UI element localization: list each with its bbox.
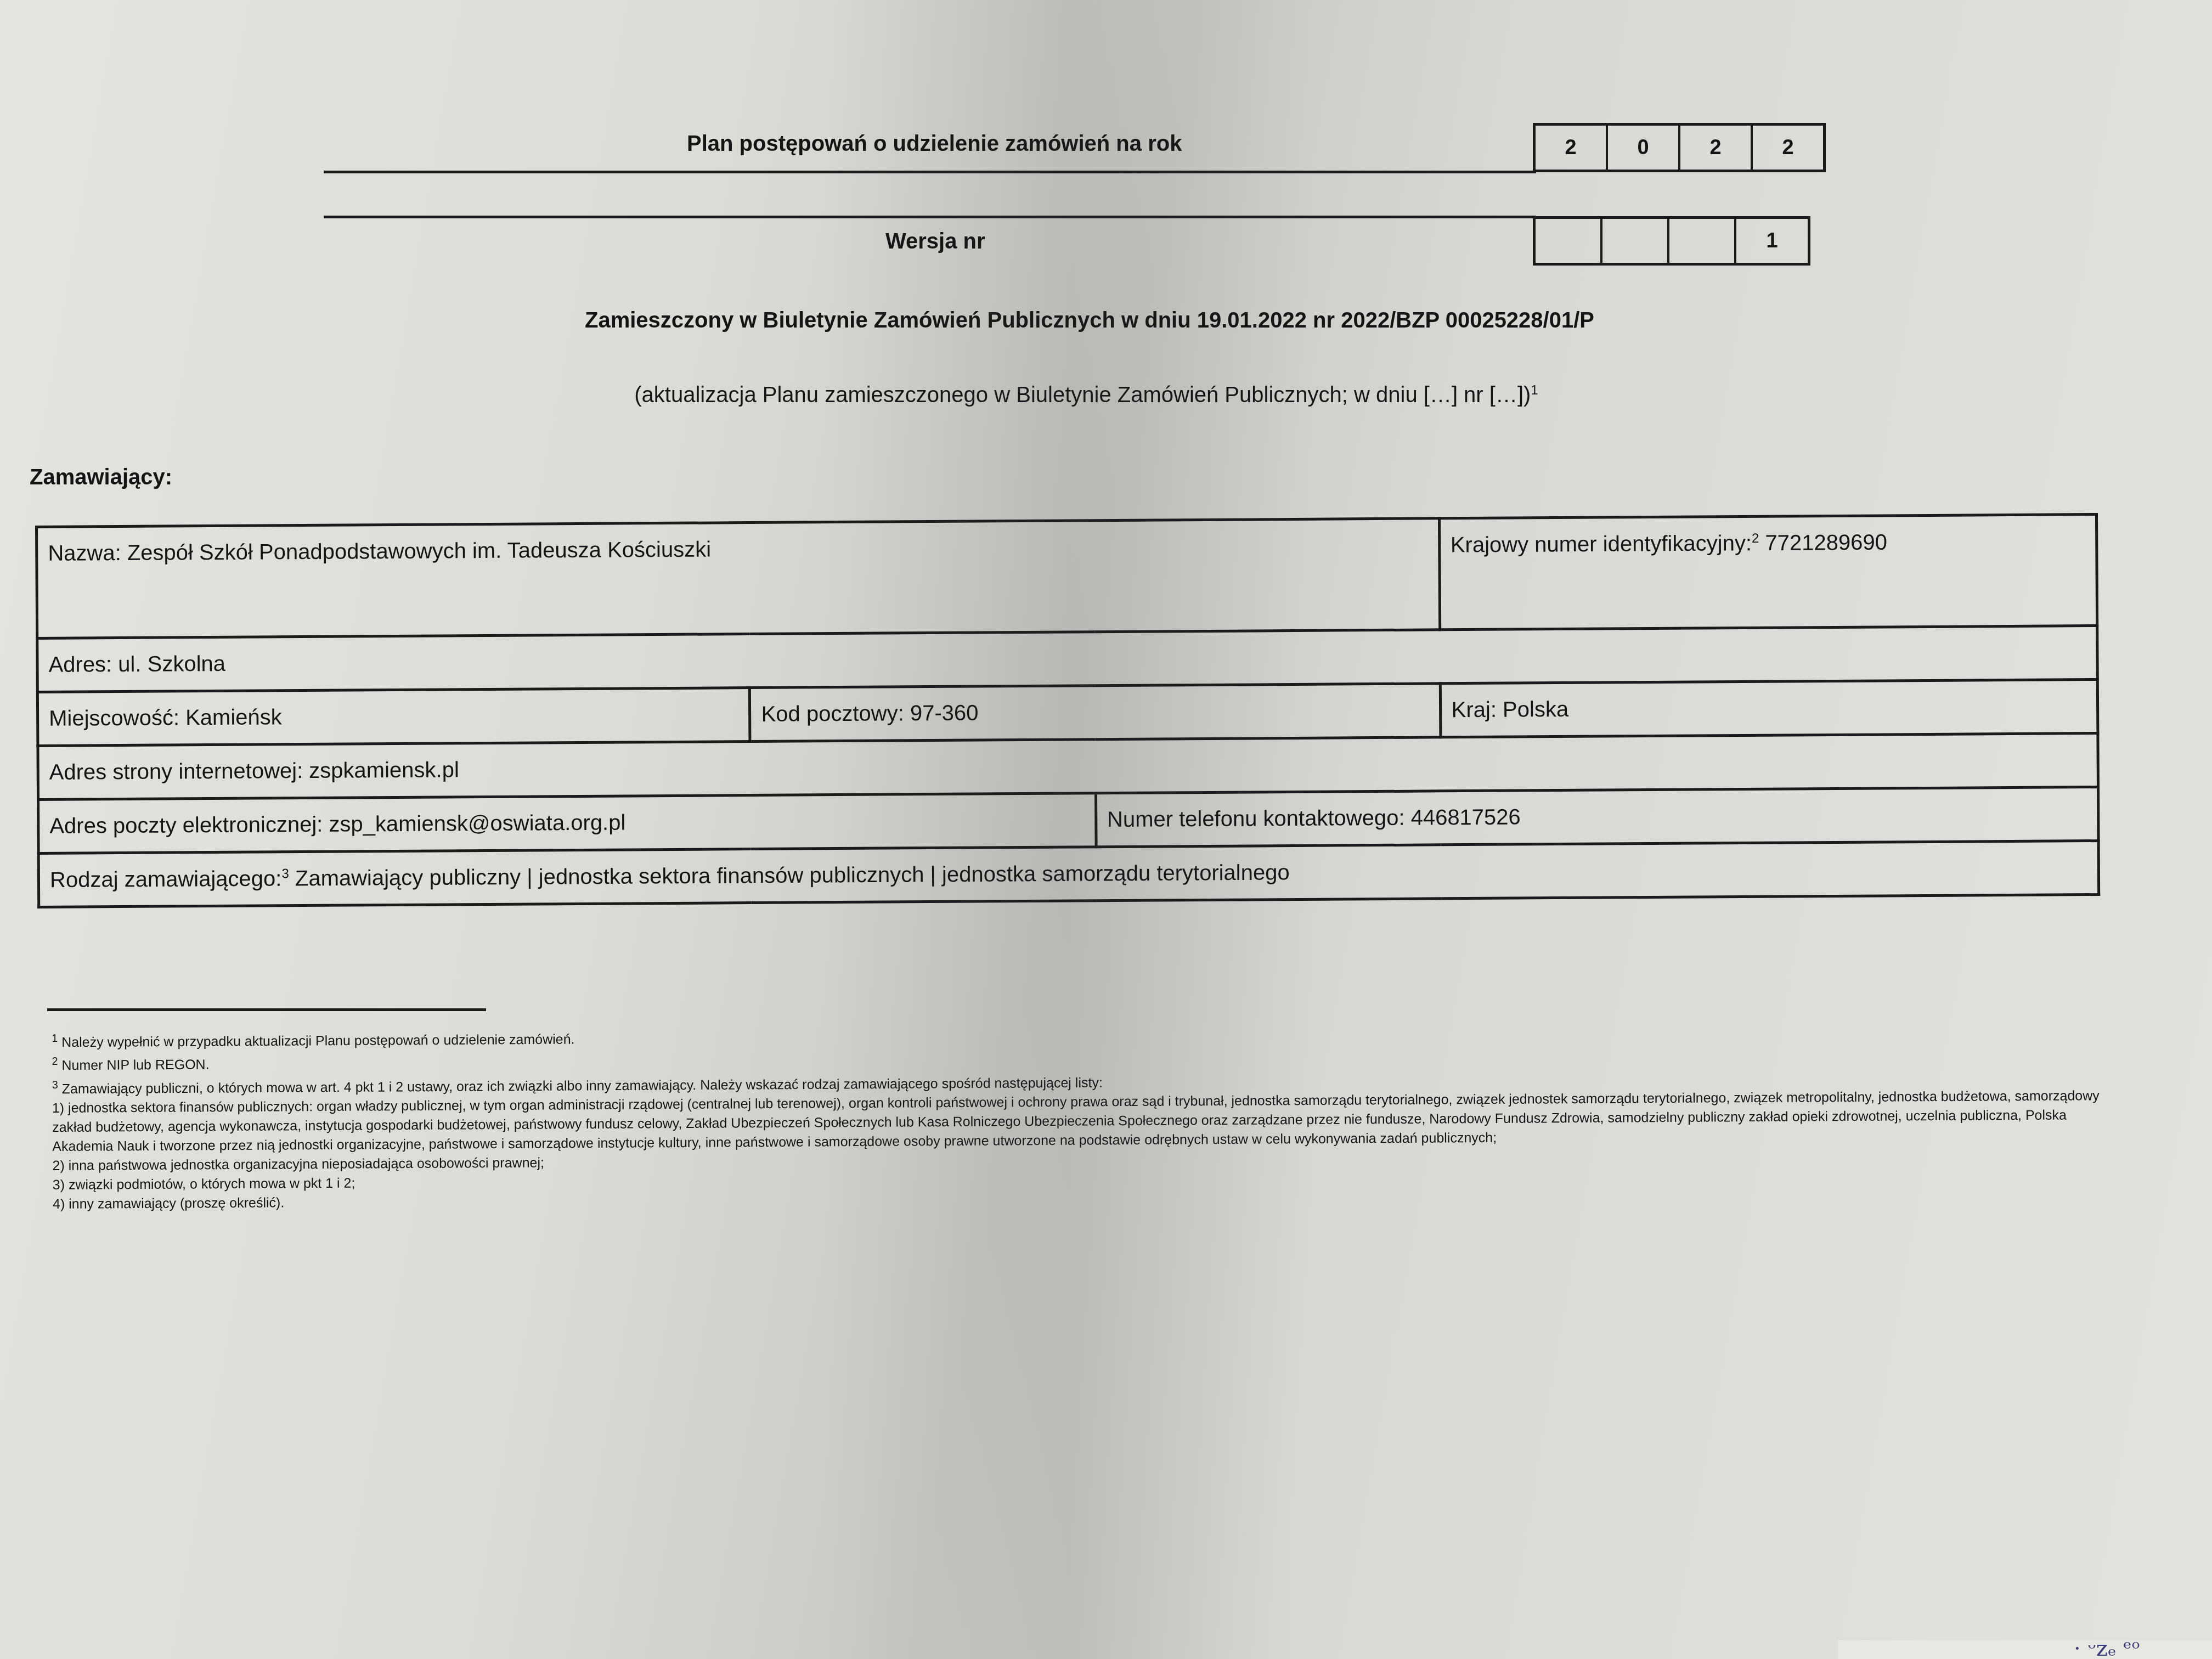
document-page: Plan postępowań o udzielenie zamówień na… — [0, 0, 2212, 1640]
header-rule — [324, 216, 1536, 218]
authority-type-label: Rodzaj zamawiającego: — [50, 867, 282, 893]
footnote-rule — [47, 1008, 486, 1011]
name-cell: Nazwa: Zespół Szkół Ponadpodstawowych im… — [37, 518, 1440, 639]
national-id-value: 7721289690 — [1765, 531, 1887, 555]
year-digit: 2 — [1680, 126, 1753, 170]
update-text: (aktualizacja Planu zamieszczonego w Biu… — [634, 383, 1531, 407]
postal-code-cell: Kod pocztowy: 97-360 — [750, 684, 1441, 742]
header-rule — [324, 171, 1536, 173]
update-line: (aktualizacja Planu zamieszczonego w Biu… — [0, 383, 2172, 408]
footnote-ref: 2 — [1752, 531, 1759, 546]
email-cell: Adres poczty elektronicznej: zsp_kamiens… — [38, 793, 1096, 854]
year-digit: 2 — [1536, 126, 1608, 170]
phone-cell: Numer telefonu kontaktowego: 446817526 — [1096, 787, 2098, 847]
footnote-text: Numer NIP lub REGON. — [61, 1057, 209, 1074]
footnote-ref: 1 — [1531, 383, 1538, 398]
version-boxes: 1 — [1533, 216, 1810, 266]
version-digit — [1536, 219, 1602, 263]
country-cell: Kraj: Polska — [1440, 680, 2098, 737]
contracting-authority-table: Nazwa: Zespół Szkół Ponadpodstawowych im… — [35, 513, 2100, 909]
national-id-label: Krajowy numer identyfikacyjny: — [1451, 531, 1752, 557]
year-boxes: 2 0 2 2 — [1533, 123, 1826, 172]
year-digit: 0 — [1608, 126, 1680, 170]
version-digit — [1669, 219, 1736, 263]
section-label: Zamawiający: — [30, 465, 172, 490]
plan-title: Plan postępowań o udzielenie zamówień na… — [687, 132, 1182, 156]
footnote-ref: 3 — [281, 866, 289, 881]
authority-type-value: Zamawiający publiczny | jednostka sektor… — [295, 860, 1290, 890]
bulletin-line: Zamieszczony w Biuletynie Zamówień Publi… — [0, 308, 2179, 333]
footnotes: 1 Należy wypełnić w przypadku aktualizac… — [52, 1017, 2115, 1214]
version-digit: 1 — [1736, 219, 1808, 263]
underlying-page: · ᵕzₑ ᵉᵒ — [1838, 1640, 2212, 1659]
city-cell: Miejscowość: Kamieńsk — [37, 688, 750, 746]
handwriting: · ᵕzₑ ᵉᵒ — [2074, 1636, 2140, 1659]
version-label: Wersja nr — [885, 229, 985, 254]
footnote-number: 2 — [52, 1056, 58, 1068]
national-id-cell: Krajowy numer identyfikacyjny:2 77212896… — [1439, 515, 2097, 630]
footnote-number: 1 — [52, 1032, 58, 1045]
version-digit — [1602, 219, 1669, 263]
footnote-text: Należy wypełnić w przypadku aktualizacji… — [61, 1032, 574, 1051]
year-digit: 2 — [1753, 126, 1823, 170]
footnote-number: 3 — [52, 1079, 58, 1091]
